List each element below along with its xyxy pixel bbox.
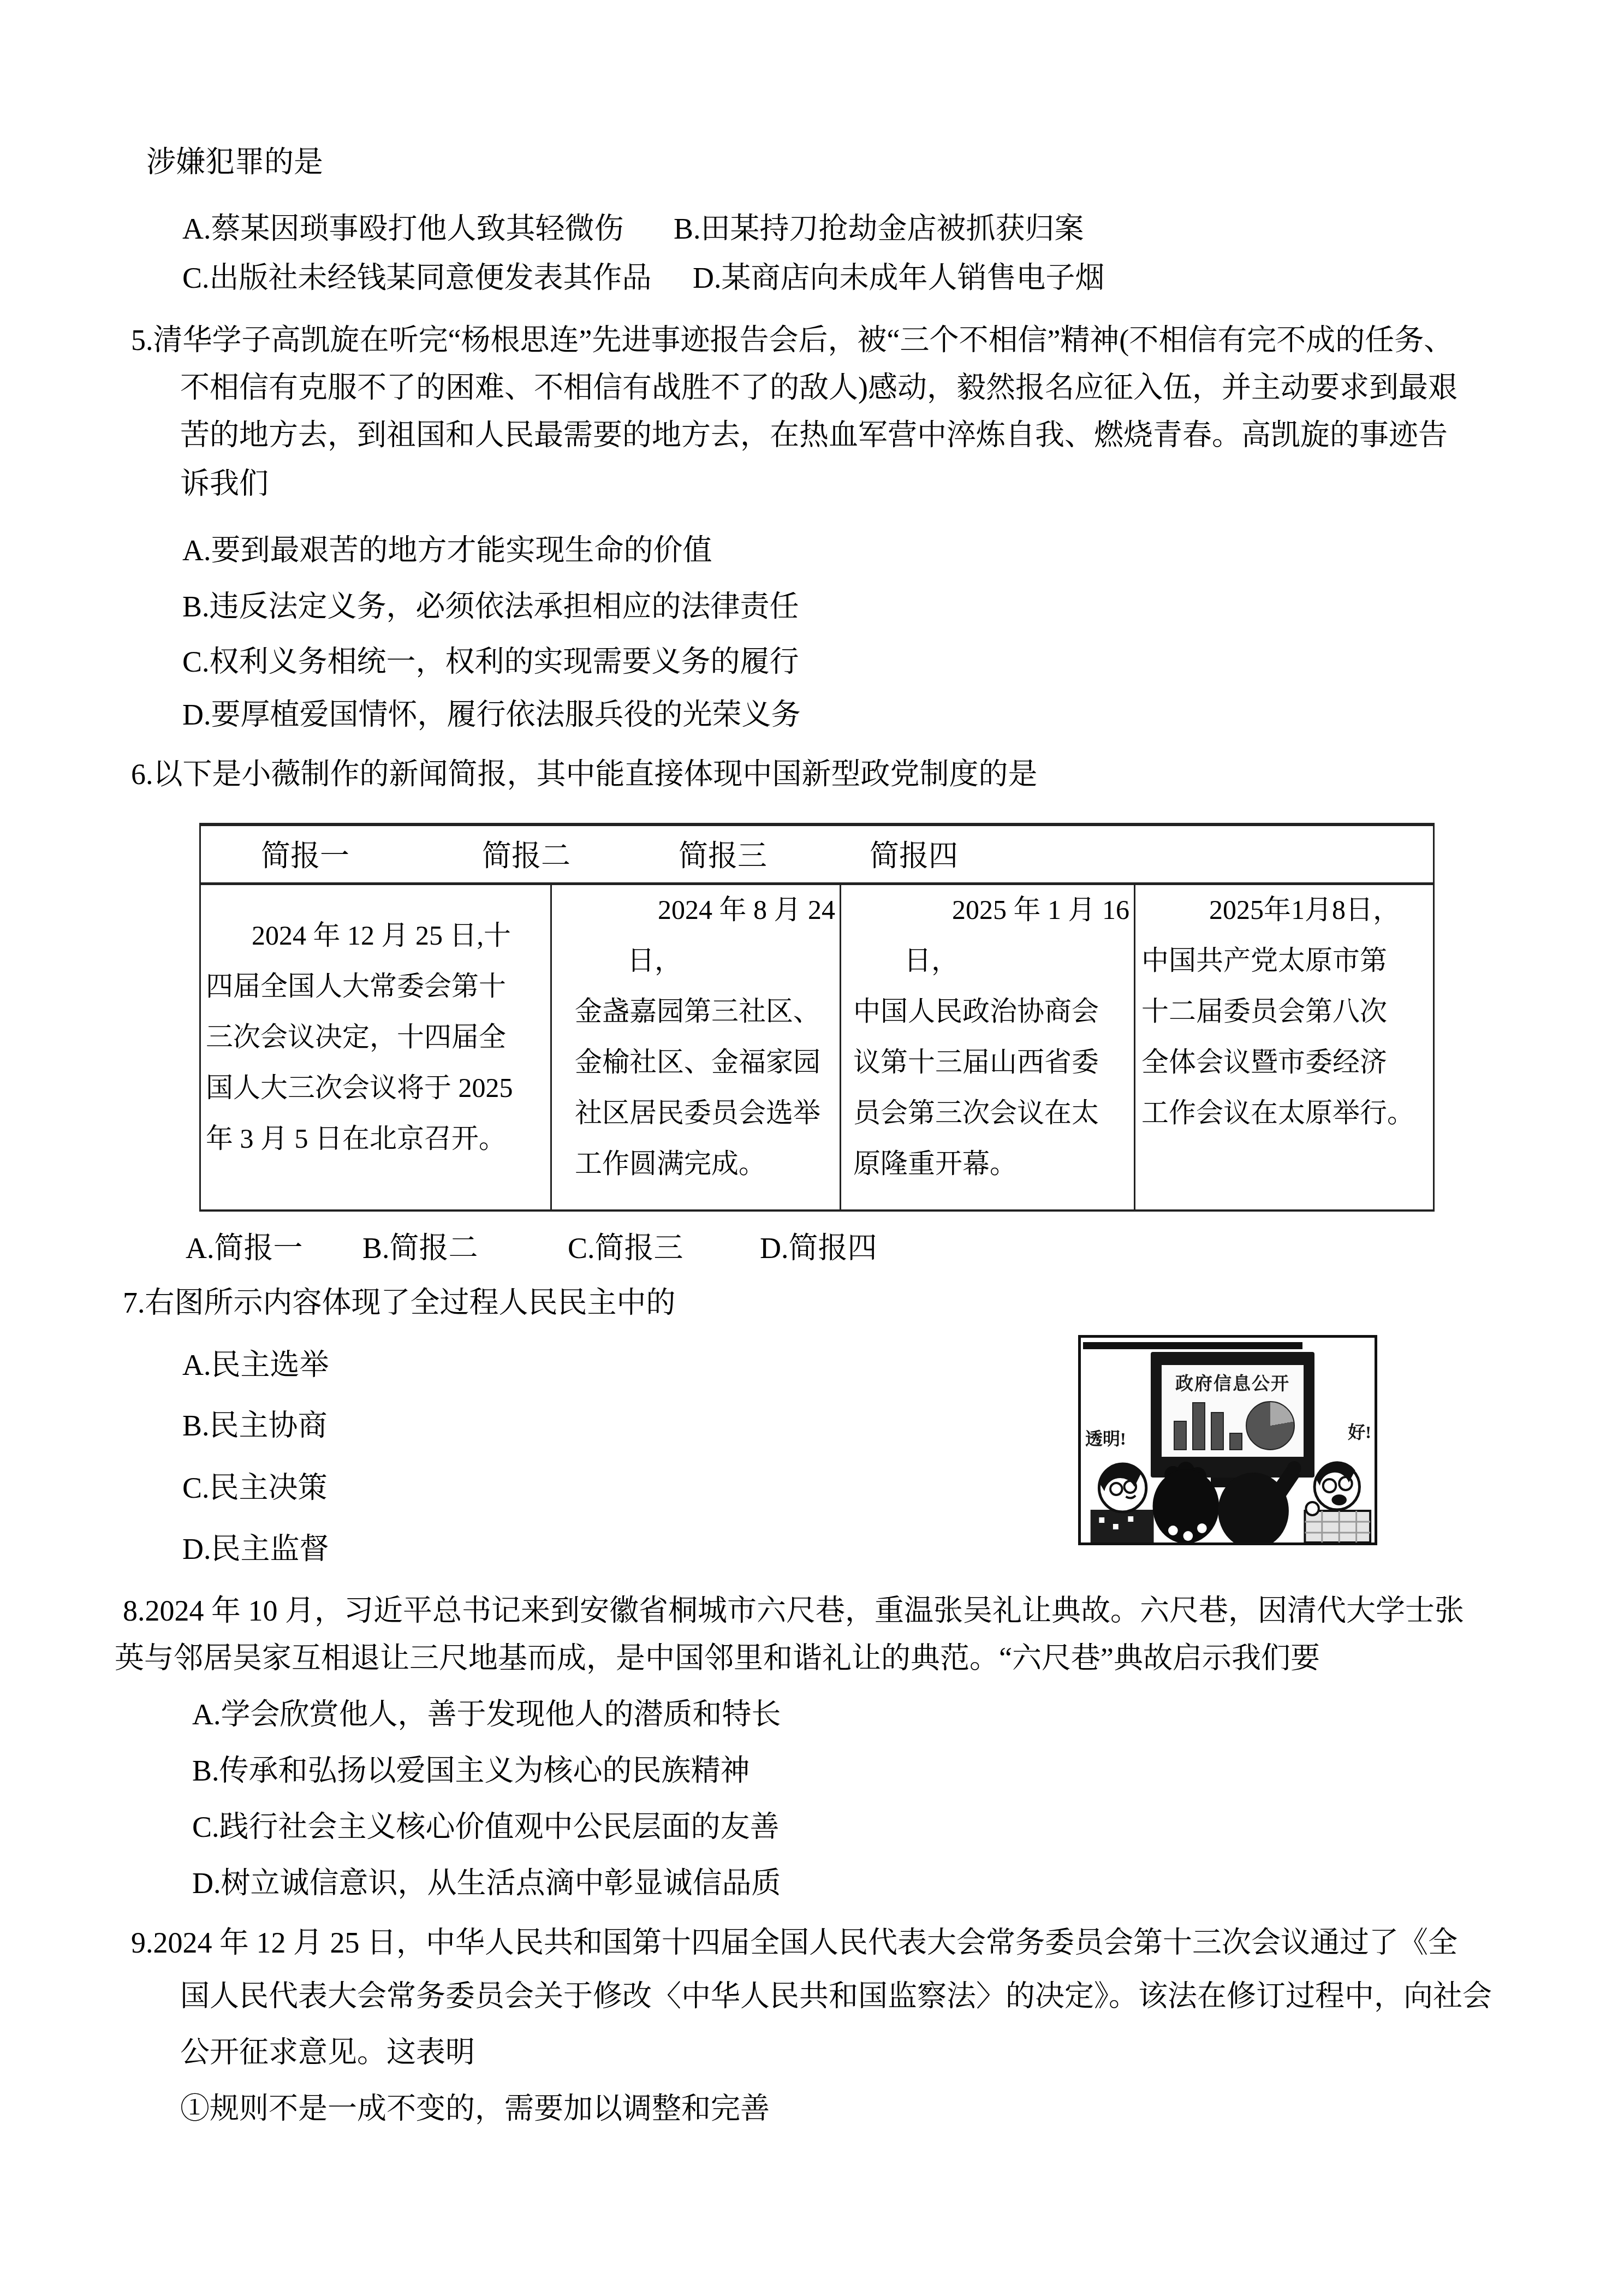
table-column-divider	[840, 885, 841, 1209]
q9-statement-1: ①规则不是一成不变的，需要加以调整和完善	[180, 2091, 770, 2128]
crowd-silhouettes	[1081, 1456, 1375, 1542]
q8-option-b: B.传承和弘扬以爱国主义为核心的民族精神	[192, 1753, 750, 1790]
q6-table-header-3: 简报三	[679, 833, 767, 875]
q8-stem-line-2: 英与邻居吴家互相退让三尺地基而成，是中国邻里和谐礼让的典范。“六尺巷”典故启示我…	[115, 1640, 1320, 1677]
q6-option-c: C.简报三	[568, 1230, 683, 1267]
q6-table-header-4: 简报四	[870, 833, 958, 875]
q5-stem-line-2: 不相信有克服不了的困难、不相信有战胜不了的敌人)感动，毅然报名应征入伍，并主动要…	[180, 370, 1458, 407]
billboard-screen: 政府信息公开	[1162, 1365, 1304, 1457]
table-column-divider	[550, 885, 552, 1209]
q5-option-b: B.违反法定义务，必须依法承担相应的法律责任	[182, 589, 799, 626]
q6-cell4-line: 2025年1月8日，	[1134, 893, 1400, 926]
person-silhouette	[1153, 1462, 1220, 1542]
q6-cell1-line: 年 3 月 5 日在北京召开。	[206, 1122, 506, 1155]
q6-cell2-line: 2024 年 8 月 24	[550, 893, 835, 926]
q6-cell2-line: 工作圆满完成。	[575, 1147, 766, 1180]
q7-option-c: C.民主决策	[182, 1470, 328, 1507]
q9-stem-line-2: 国人民代表大会常务委员会关于修改〈中华人民共和国监察法〉的决定》。该法在修订过程…	[180, 1978, 1492, 2015]
person-right	[1305, 1461, 1370, 1542]
q4-option-c: C.出版社未经钱某同意便发表其作品	[182, 260, 652, 297]
q6-cell4-line: 十二届委员会第八次	[1141, 995, 1387, 1028]
right-speech-text: 好!	[1348, 1419, 1371, 1444]
q6-cell2-line: 金盏嘉园第三社区、	[575, 995, 820, 1028]
table-column-divider	[1134, 885, 1135, 1209]
q6-cell1-line: 2024 年 12 月 25 日,十	[252, 919, 511, 952]
q7-illustration: 政府信息公开 透明! 好!	[1078, 1335, 1377, 1545]
q6-stem: 6.以下是小薇制作的新闻简报，其中能直接体现中国新型政党制度的是	[131, 756, 1038, 793]
pie-chart-icon	[1246, 1401, 1295, 1450]
q6-cell3-line: 原隆重开幕。	[853, 1147, 1017, 1180]
q6-cell3-line: 议第十三届山西省委	[853, 1046, 1099, 1078]
bar-chart-icon	[1192, 1402, 1205, 1450]
q7-stem: 7.右图所示内容体现了全过程人民民主中的	[123, 1285, 676, 1322]
person-silhouette-raised-arm	[1218, 1461, 1301, 1542]
q8-option-d: D.树立诚信意识，从生活点滴中彰显诚信品质	[192, 1865, 781, 1902]
q6-option-b: B.简报二	[362, 1230, 478, 1267]
q6-cell3-line: 中国人民政治协商会	[853, 995, 1099, 1028]
q8-stem-line-1: 8.2024 年 10 月，习近平总书记来到安徽省桐城市六尺巷，重温张吴礼让典故…	[123, 1593, 1464, 1630]
q4-option-b: B.田某持刀抢劫金店被抓获归案	[674, 211, 1084, 248]
table-header-divider	[201, 882, 1433, 885]
billboard-title: 政府信息公开	[1162, 1369, 1304, 1395]
q8-option-a: A.学会欣赏他人，善于发现他人的潜质和特长	[192, 1696, 781, 1734]
person-left	[1091, 1464, 1154, 1542]
bar-chart-icon	[1229, 1433, 1242, 1450]
q6-cell1-line: 国人大三次会议将于 2025	[206, 1071, 513, 1104]
q6-cell1-line: 四届全国人大常委会第十	[206, 970, 506, 1002]
q6-news-brief-table: 简报一 简报二 简报三 简报四 2024 年 12 月 25 日,十 四届全国人…	[199, 823, 1435, 1212]
q6-table-header-2: 简报二	[482, 833, 570, 875]
q5-option-d: D.要厚植爱国情怀，履行依法服兵役的光荣义务	[182, 697, 801, 734]
q5-option-a: A.要到最艰苦的地方才能实现生命的价值	[182, 532, 712, 569]
board-top-edge	[1083, 1342, 1302, 1349]
q6-cell4-line: 工作会议在太原举行。	[1141, 1096, 1414, 1129]
q6-cell2-line: 金榆社区、金福家园	[575, 1046, 820, 1078]
q5-stem-line-4: 诉我们	[180, 466, 269, 503]
q6-option-a: A.简报一	[186, 1230, 303, 1267]
q4-stem-tail: 涉嫌犯罪的是	[146, 144, 323, 181]
left-speech-text: 透明!	[1085, 1425, 1126, 1450]
q5-option-c: C.权利义务相统一，权利的实现需要义务的履行	[182, 644, 799, 681]
q7-option-b: B.民主协商	[182, 1408, 328, 1445]
q6-cell4-line: 全体会议暨市委经济	[1141, 1046, 1387, 1078]
q6-cell2-line: 日，	[627, 944, 682, 977]
q6-table-header-1: 简报一	[261, 833, 349, 875]
q5-stem-line-1: 5.清华学子高凯旋在听完“杨根思连”先进事迹报告会后，被“三个不相信”精神(不相…	[131, 322, 1453, 359]
q6-cell3-line: 员会第三次会议在太	[853, 1096, 1099, 1129]
q6-cell1-line: 三次会议决定，十四届全	[206, 1021, 506, 1053]
q6-cell3-line: 2025 年 1 月 16	[840, 893, 1129, 926]
q7-option-a: A.民主选举	[182, 1347, 329, 1384]
q7-option-d: D.民主监督	[182, 1531, 329, 1568]
q8-option-c: C.践行社会主义核心价值观中公民层面的友善	[192, 1809, 780, 1846]
q6-cell3-line: 日，	[904, 944, 959, 977]
q9-stem-line-3: 公开征求意见。这表明	[180, 2034, 475, 2072]
bar-chart-icon	[1174, 1421, 1187, 1450]
q6-option-d: D.简报四	[760, 1230, 877, 1267]
bar-chart-icon	[1211, 1412, 1224, 1450]
q6-cell4-line: 中国共产党太原市第	[1141, 944, 1387, 977]
q4-option-d: D.某商店向未成年人销售电子烟	[693, 260, 1105, 297]
q4-option-a: A.蔡某因琐事殴打他人致其轻微伤	[182, 211, 624, 248]
q5-stem-line-3: 苦的地方去，到祖国和人民最需要的地方去，在热血军营中淬炼自我、燃烧青春。高凯旋的…	[180, 417, 1448, 454]
q9-stem-line-1: 9.2024 年 12 月 25 日，中华人民共和国第十四届全国人民代表大会常务…	[131, 1925, 1458, 1962]
exam-document-page: 涉嫌犯罪的是 A.蔡某因琐事殴打他人致其轻微伤 B.田某持刀抢劫金店被抓获归案 …	[0, 0, 1624, 2296]
q6-cell2-line: 社区居民委员会选举	[575, 1096, 820, 1129]
